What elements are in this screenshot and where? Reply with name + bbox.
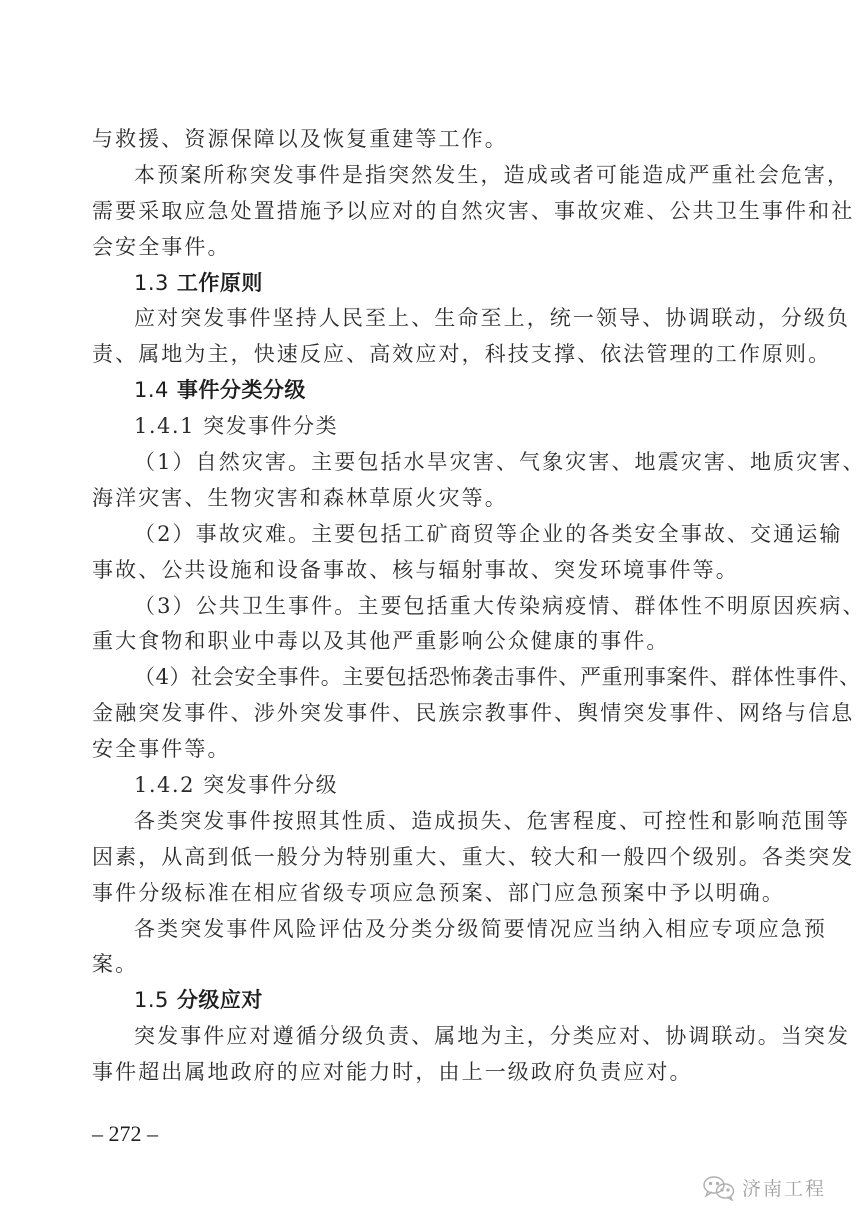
section-number: 1.4 (134, 378, 169, 402)
body-line: 会安全事件。 (92, 230, 762, 266)
section-number: 1.5 (134, 988, 169, 1012)
body-line: 突发事件应对遵循分级负责、属地为主，分类应对、协调联动。当突发 (92, 1019, 762, 1055)
body-line: （1）自然灾害。主要包括水旱灾害、气象灾害、地震灾害、地质灾害、 (92, 445, 762, 481)
body-line: （2）事故灾难。主要包括工矿商贸等企业的各类安全事故、交通运输 (92, 517, 762, 553)
body-line: 因素，从高到低一般分为特别重大、重大、较大和一般四个级别。各类突发 (92, 840, 762, 876)
body-line: 安全事件等。 (92, 732, 762, 768)
page-number: – 272 – (92, 1121, 158, 1147)
body-line: 应对突发事件坚持人民至上、生命至上，统一领导、协调联动，分级负 (92, 301, 762, 337)
section-number: 1.3 (134, 271, 169, 295)
body-line: 各类突发事件风险评估及分类分级简要情况应当纳入相应专项应急预 (92, 912, 762, 948)
body-line: 海洋灾害、生物灾害和森林草原火灾等。 (92, 481, 762, 517)
wechat-icon (702, 1175, 736, 1201)
body-line: 事件超出属地政府的应对能力时，由上一级政府负责应对。 (92, 1055, 762, 1091)
body-line: 各类突发事件按照其性质、造成损失、危害程度、可控性和影响范围等 (92, 804, 762, 840)
body-line: 事故、公共设施和设备事故、核与辐射事故、突发环境事件等。 (92, 553, 762, 589)
body-line: 事件分级标准在相应省级专项应急预案、部门应急预案中予以明确。 (92, 876, 762, 912)
body-line: （3）公共卫生事件。主要包括重大传染病疫情、群体性不明原因疾病、 (92, 589, 762, 625)
subsection-heading-1-4-2: 1.4.2 突发事件分级 (92, 768, 762, 804)
body-line: 重大食物和职业中毒以及其他严重影响公众健康的事件。 (92, 624, 762, 660)
document-page: 与救援、资源保障以及恢复重建等工作。 本预案所称突发事件是指突然发生，造成或者可… (92, 122, 762, 1091)
section-title: 事件分类分级 (177, 378, 306, 402)
body-line: 案。 (92, 947, 762, 983)
body-line: 需要采取应急处置措施予以应对的自然灾害、事故灾难、公共卫生事件和社 (92, 194, 762, 230)
body-line: （4）社会安全事件。主要包括恐怖袭击事件、严重刑事案件、群体性事件、 (92, 660, 762, 696)
watermark: 济南工程 (702, 1174, 826, 1201)
section-title: 分级应对 (177, 988, 263, 1012)
watermark-text: 济南工程 (742, 1174, 826, 1201)
subsection-heading-1-4-1: 1.4.1 突发事件分类 (92, 409, 762, 445)
section-heading-1-3: 1.3工作原则 (92, 266, 762, 302)
section-title: 工作原则 (177, 271, 263, 295)
body-line: 与救援、资源保障以及恢复重建等工作。 (92, 122, 762, 158)
section-heading-1-4: 1.4事件分类分级 (92, 373, 762, 409)
body-line: 本预案所称突发事件是指突然发生，造成或者可能造成严重社会危害， (92, 158, 762, 194)
body-line: 金融突发事件、涉外突发事件、民族宗教事件、舆情突发事件、网络与信息 (92, 696, 762, 732)
body-line: 责、属地为主，快速反应、高效应对，科技支撑、依法管理的工作原则。 (92, 337, 762, 373)
section-heading-1-5: 1.5分级应对 (92, 983, 762, 1019)
